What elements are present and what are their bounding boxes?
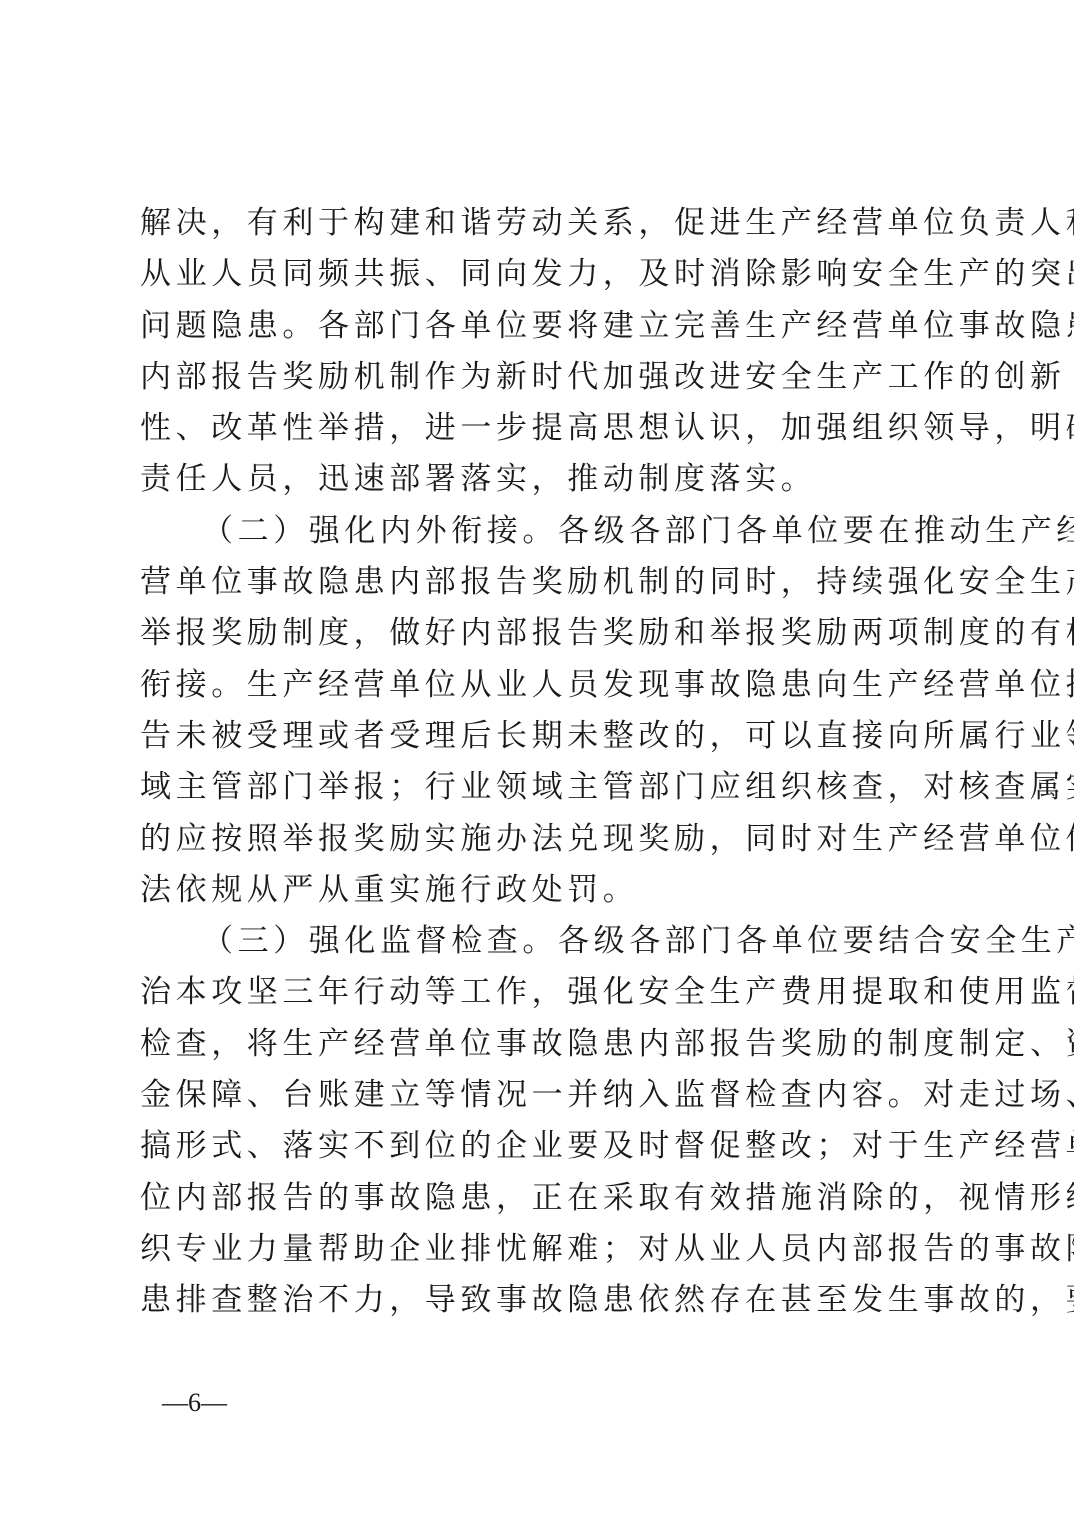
text-line-20: 位内部报告的事故隐患，正在采取有效措施消除的，视情形组 (140, 1173, 930, 1224)
text-line-4: 内部报告奖励机制作为新时代加强改进安全生产工作的创新 (140, 352, 930, 403)
text-line-22: 患排查整治不力，导致事故隐患依然存在甚至发生事故的，要 (140, 1275, 930, 1326)
text-line-1: 解决，有利于构建和谐劳动关系，促进生产经营单位负责人和 (140, 198, 930, 249)
text-line-12: 域主管部门举报；行业领域主管部门应组织核查，对核查属实 (140, 762, 930, 813)
text-line-10: 衔接。生产经营单位从业人员发现事故隐患向生产经营单位报 (140, 660, 930, 711)
text-line-17: 检查，将生产经营单位事故隐患内部报告奖励的制度制定、资 (140, 1019, 930, 1070)
text-line-18: 金保障、台账建立等情况一并纳入监督检查内容。对走过场、 (140, 1070, 930, 1121)
section-heading-3: （三）强化监督检查。 (202, 923, 558, 959)
document-body: 解决，有利于构建和谐劳动关系，促进生产经营单位负责人和 从业人员同频共振、同向发… (140, 198, 930, 1327)
text-line-13: 的应按照举报奖励实施办法兑现奖励，同时对生产经营单位依 (140, 814, 930, 865)
section-2-first-line: （二）强化内外衔接。各级各部门各单位要在推动生产经 (140, 506, 930, 557)
section-heading-2: （二）强化内外衔接。 (202, 513, 558, 549)
text-line-5: 性、改革性举措，进一步提高思想认识，加强组织领导，明确 (140, 403, 930, 454)
text-line-21: 织专业力量帮助企业排忧解难；对从业人员内部报告的事故隐 (140, 1224, 930, 1275)
text-line-16: 治本攻坚三年行动等工作，强化安全生产费用提取和使用监督 (140, 967, 930, 1018)
text-line-11: 告未被受理或者受理后长期未整改的，可以直接向所属行业领 (140, 711, 930, 762)
section-3-lead-text: 各级各部门各单位要结合安全生产 (558, 923, 1074, 959)
text-line-19: 搞形式、落实不到位的企业要及时督促整改；对于生产经营单 (140, 1121, 930, 1172)
text-line-3: 问题隐患。各部门各单位要将建立完善生产经营单位事故隐患 (140, 301, 930, 352)
text-line-8: 营单位事故隐患内部报告奖励机制的同时，持续强化安全生产 (140, 557, 930, 608)
text-line-14: 法依规从严从重实施行政处罚。 (140, 865, 930, 916)
text-line-2: 从业人员同频共振、同向发力，及时消除影响安全生产的突出 (140, 249, 930, 300)
page-number: —6— (162, 1388, 227, 1418)
text-line-6: 责任人员，迅速部署落实，推动制度落实。 (140, 454, 930, 505)
document-page: 解决，有利于构建和谐劳动关系，促进生产经营单位负责人和 从业人员同频共振、同向发… (0, 0, 1074, 1520)
section-2-lead-text: 各级各部门各单位要在推动生产经 (558, 513, 1074, 549)
text-line-9: 举报奖励制度，做好内部报告奖励和举报奖励两项制度的有机 (140, 608, 930, 659)
section-3-first-line: （三）强化监督检查。各级各部门各单位要结合安全生产 (140, 916, 930, 967)
